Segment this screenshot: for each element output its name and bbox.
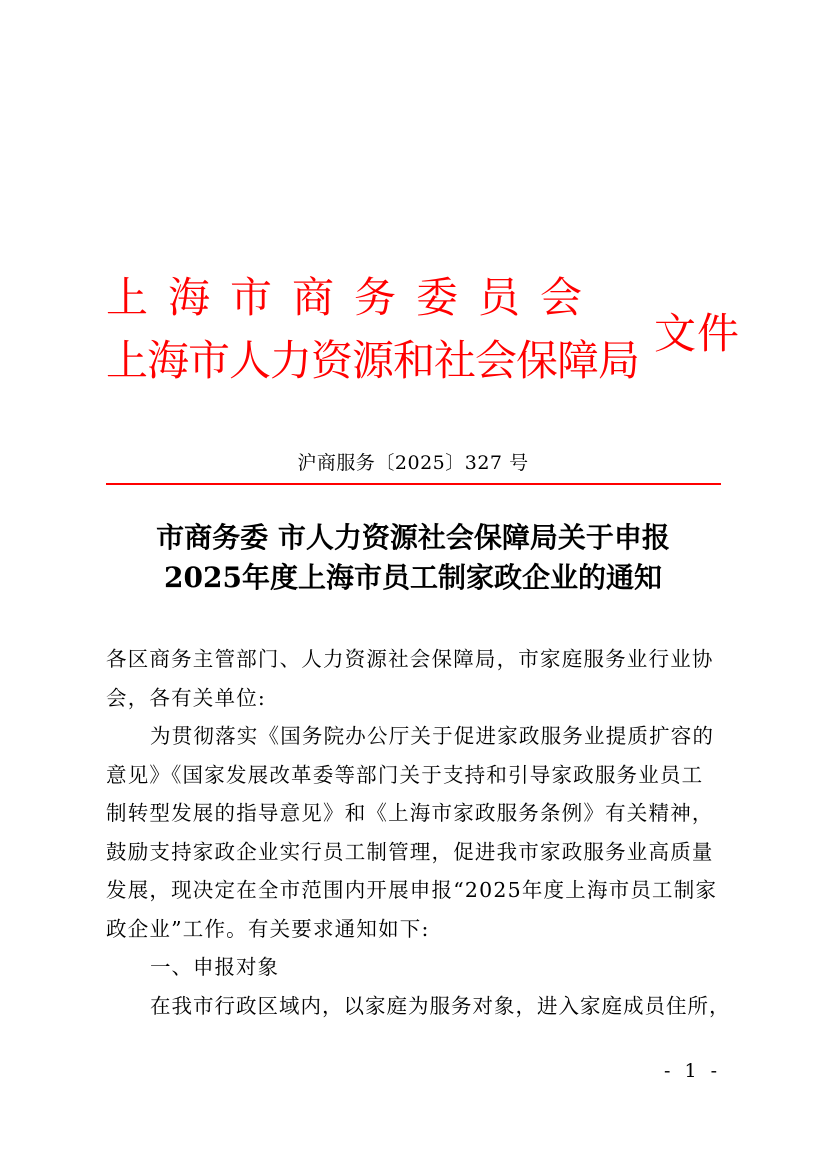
salutation: 各区商务主管部门、人力资源社会保障局，市家庭服务业行业协会，各有关单位: bbox=[106, 640, 721, 717]
document-number: 沪商服务〔2025〕327 号 bbox=[0, 450, 826, 476]
title-line-2: 2025年度上海市员工制家政企业的通知 bbox=[0, 558, 826, 598]
document-label: 文件 bbox=[654, 308, 740, 360]
section-paragraph: 在我市行政区域内，以家庭为服务对象，进入家庭成员住所， bbox=[150, 987, 731, 1025]
section-heading-applicants: 一、申报对象 bbox=[150, 948, 279, 986]
intro-paragraph: 为贯彻落实《国务院办公厅关于促进家政服务业提质扩容的意见》《国家发展改革委等部门… bbox=[106, 717, 721, 948]
red-divider bbox=[106, 483, 721, 485]
title-line-1: 市商务委 市人力资源社会保障局关于申报 bbox=[0, 518, 826, 558]
page-number: - 1 - bbox=[664, 1060, 721, 1082]
issuer-commerce-commission: 上海市商务委员会 bbox=[106, 272, 602, 324]
document-title: 市商务委 市人力资源社会保障局关于申报 2025年度上海市员工制家政企业的通知 bbox=[0, 518, 826, 598]
issuer-hr-social-security-bureau: 上海市人力资源和社会保障局 bbox=[106, 335, 639, 387]
